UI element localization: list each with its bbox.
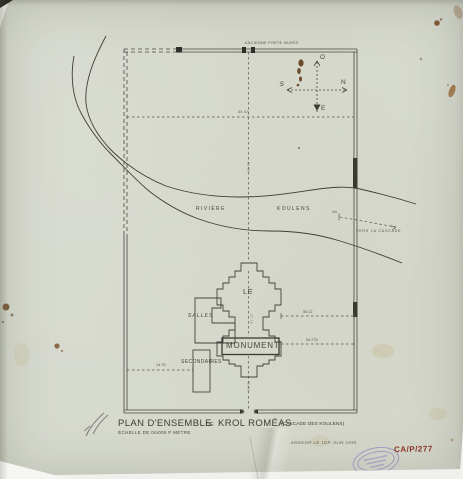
scanned-plan-sheet: ANCIENNE PORTE MURÉE O N E S 44.04 RIVIÈ… [0, 0, 463, 479]
dim-axis-lower-label: 45.50 [247, 381, 250, 391]
dim-axis-upper-label: 52.50 [247, 162, 250, 172]
monument-label-box: MONUMENT [226, 342, 280, 350]
cascade-arrow [339, 214, 396, 230]
gate-label: ANCIENNE PORTE MURÉE [245, 42, 299, 46]
dim-top-label: 44.04 [238, 111, 249, 115]
cascade-note: VERS LA CASCADE [356, 230, 401, 234]
monument-label-top: LE [243, 288, 253, 296]
title-main: PLAN D'ENSEMBLE [118, 419, 212, 429]
annex-halls-lower [193, 350, 210, 392]
left-edge-shading [0, 0, 8, 479]
survey-lines [127, 52, 354, 410]
scan-edges [0, 0, 463, 479]
title-paren: (CASCADE DES KOULENS) [281, 422, 344, 427]
dim-axis-mid-label: 27.75 [250, 314, 253, 324]
paper-stains [2, 4, 463, 447]
plan-linework [0, 0, 463, 479]
enclosure-wall [124, 49, 357, 413]
date-note: ANGKOR LE 1ER JUIN 1936 [290, 441, 357, 445]
compass-label-north: N [341, 80, 346, 87]
compass-label-east: E [321, 106, 325, 113]
wall-thick-segment [353, 158, 358, 188]
river-label-2: KOULENS [277, 207, 311, 212]
annex-label-1: SALLES [187, 314, 213, 320]
pencil-check-mark [84, 413, 108, 436]
dim-right-upper-label: 50.12 [303, 311, 313, 315]
scale-note: ÉCHELLE DE 0m005 P MÈTRE [118, 431, 191, 436]
reference-number: CA/P/277 [394, 445, 433, 454]
annex-label-2: SECONDAIRES [181, 360, 222, 365]
river-label-1: RIVIÈRE [196, 207, 226, 212]
cascade-tick-label: 3m [332, 211, 337, 215]
dim-left-label: 14.75 [156, 364, 166, 368]
compass-rose [287, 61, 347, 112]
dim-right-lower-label: 54.275 [306, 339, 318, 343]
compass-label-west: O [320, 55, 325, 62]
top-edge-shading [0, 0, 463, 6]
ink-blot [297, 59, 304, 86]
title-de: DE [206, 423, 214, 429]
